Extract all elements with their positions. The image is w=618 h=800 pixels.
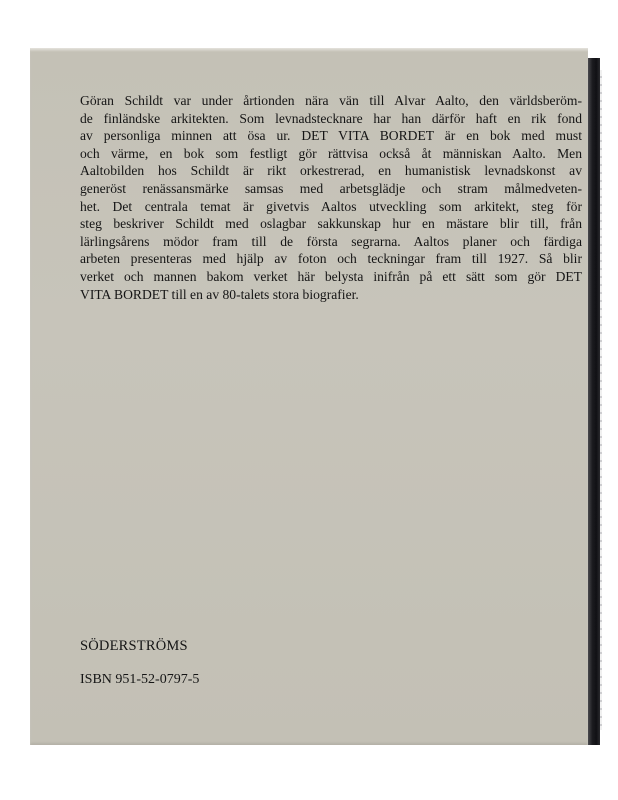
- isbn-number: ISBN 951-52-0797-5: [80, 672, 199, 688]
- blurb-line: het. Det centrala temat är givetvis Aalt…: [80, 198, 582, 216]
- blurb-line: de finländske arkitekten. Som levnadstec…: [80, 110, 582, 128]
- blurb-line: steg beskriver Schildt med oslagbar sakk…: [80, 215, 582, 233]
- blurb-text: Göran Schildt var under årtionden nära v…: [80, 92, 582, 303]
- spine-edge: [600, 70, 602, 730]
- blurb-line: Aaltobilden hos Schildt är rikt orkestre…: [80, 162, 582, 180]
- publisher-name: SÖDERSTRÖMS: [80, 638, 188, 655]
- blurb-line: och värme, en bok som festligt gör rättv…: [80, 145, 582, 163]
- blurb-line: arbeten presenteras med hjälp av foton o…: [80, 250, 582, 268]
- blurb-line: generöst renässansmärke samsas med arbet…: [80, 180, 582, 198]
- blurb-line: av personliga minnen att ösa ur. DET VIT…: [80, 127, 582, 145]
- book-spine: [588, 58, 600, 745]
- blurb-line: VITA BORDET till en av 80-talets stora b…: [80, 286, 582, 304]
- blurb-line: lärlingsårens mödor fram till de första …: [80, 233, 582, 251]
- blurb-line: Göran Schildt var under årtionden nära v…: [80, 92, 582, 110]
- blurb-line: verket och mannen bakom verket här belys…: [80, 268, 582, 286]
